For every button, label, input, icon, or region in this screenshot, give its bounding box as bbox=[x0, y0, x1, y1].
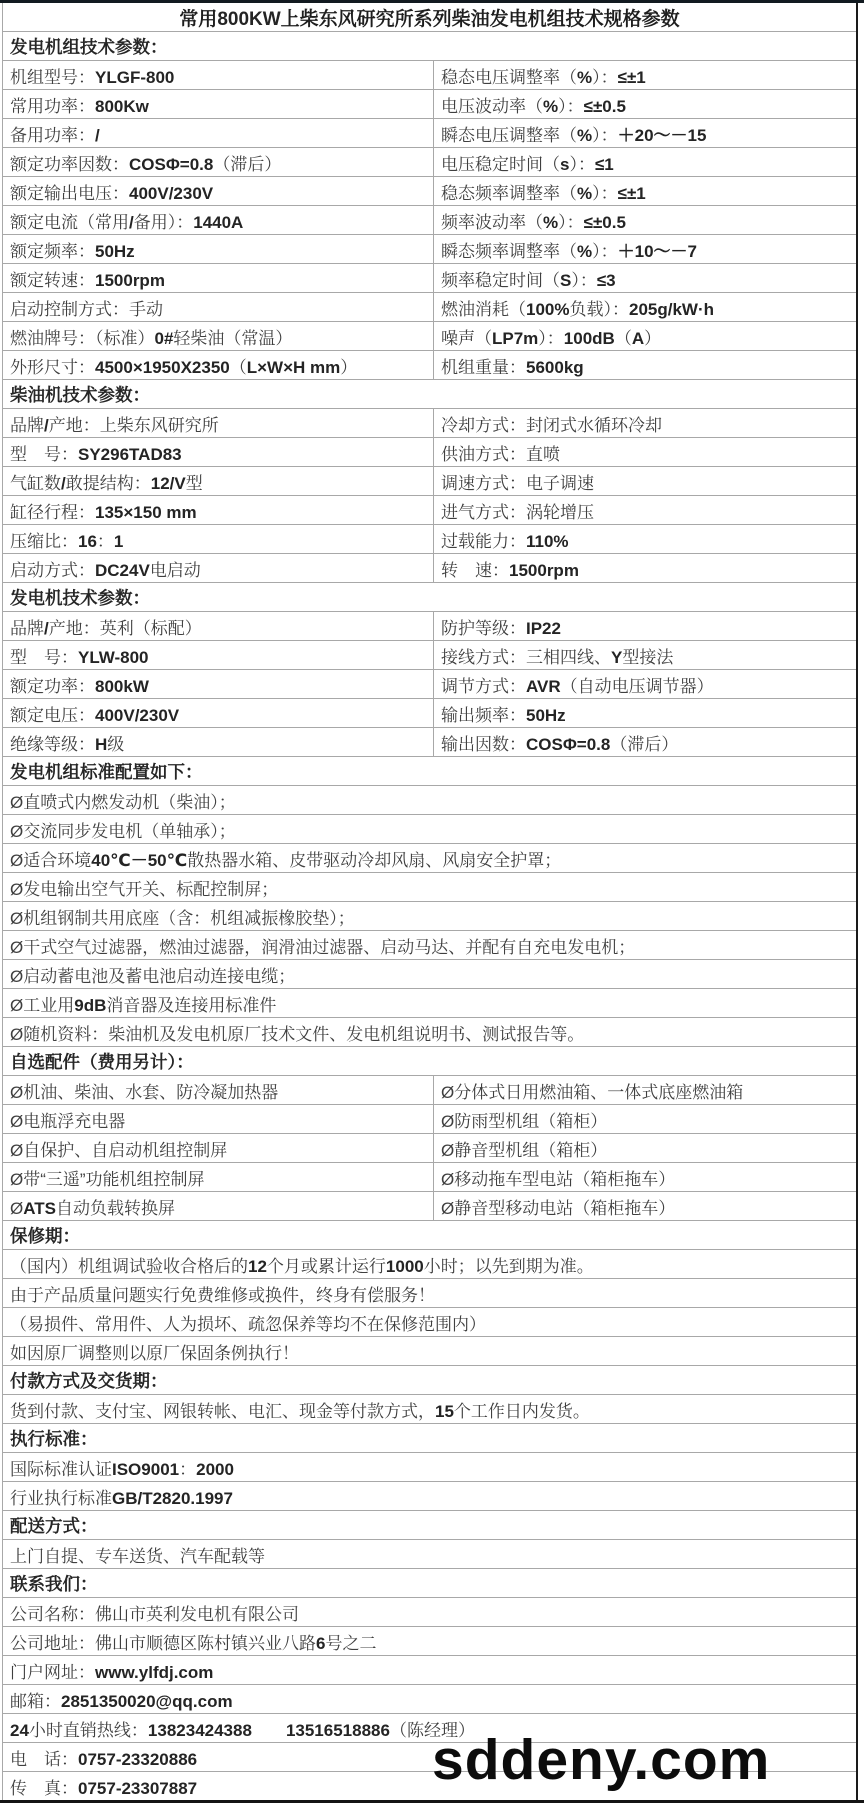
spec-cell-right: 燃油消耗（100%负载）：205g/kW·h bbox=[434, 293, 856, 321]
spec-cell-left: 常用功率：800Kw bbox=[3, 90, 434, 118]
spec-row: 型 号：YLW-800接线方式：三相四线、Y型接法 bbox=[3, 641, 856, 670]
spec-cell-right: 接线方式：三相四线、Y型接法 bbox=[434, 641, 856, 669]
text-cell: Ø适合环境40℃－50℃散热器水箱、皮带驱动冷却风扇、风扇安全护罩； bbox=[3, 844, 856, 872]
text-row: Ø随机资料：柴油机及发电机原厂技术文件、发电机组说明书、测试报告等。 bbox=[3, 1018, 856, 1047]
text-row: Ø启动蓄电池及蓄电池启动连接电缆； bbox=[3, 960, 856, 989]
text-row: 公司地址：佛山市顺德区陈村镇兴业八路6号之二 bbox=[3, 1627, 856, 1656]
spec-row: 额定电压：400V/230V输出频率：50Hz bbox=[3, 699, 856, 728]
spec-row: 常用功率：800Kw电压波动率（%）：≤±0.5 bbox=[3, 90, 856, 119]
text-cell: 电 话：0757-23320886 bbox=[3, 1743, 856, 1771]
spec-row: 燃油牌号：（标准）0#轻柴油（常温）噪声（LP7m）：100dB（A） bbox=[3, 322, 856, 351]
spec-cell-left: 压缩比：16：1 bbox=[3, 525, 434, 553]
spec-cell-left: Ø机油、柴油、水套、防冷凝加热器 bbox=[3, 1076, 434, 1104]
spec-cell-right: 稳态电压调整率（%）：≤±1 bbox=[434, 61, 856, 89]
spec-row: 气缸数/敢提结构：12/V型调速方式：电子调速 bbox=[3, 467, 856, 496]
spec-row: 品牌/产地：上柴东风研究所冷却方式：封闭式水循环冷却 bbox=[3, 409, 856, 438]
text-cell: 货到付款、支付宝、网银转帐、电汇、现金等付款方式，15个工作日内发货。 bbox=[3, 1395, 856, 1423]
spec-cell-right: 冷却方式：封闭式水循环冷却 bbox=[434, 409, 856, 437]
spec-cell-left: 启动方式：DC24V电启动 bbox=[3, 554, 434, 582]
spec-cell-left: 额定转速：1500rpm bbox=[3, 264, 434, 292]
text-row: 上门自提、专车送货、汽车配载等 bbox=[3, 1540, 856, 1569]
spec-cell-right: 转 速：1500rpm bbox=[434, 554, 856, 582]
text-cell: 传 真：0757-23307887 bbox=[3, 1772, 856, 1800]
section-header: 执行标准： bbox=[3, 1424, 856, 1452]
section-header-row: 配送方式： bbox=[3, 1511, 856, 1540]
spec-cell-left: 额定功率：800kW bbox=[3, 670, 434, 698]
text-row: Ø交流同步发电机（单轴承）； bbox=[3, 815, 856, 844]
spec-cell-right: 过载能力：110% bbox=[434, 525, 856, 553]
text-cell: 如因原厂调整则以原厂保固条例执行！ bbox=[3, 1337, 856, 1365]
spec-cell-left: 型 号：YLW-800 bbox=[3, 641, 434, 669]
section-header-row: 联系我们： bbox=[3, 1569, 856, 1598]
text-row: 货到付款、支付宝、网银转帐、电汇、现金等付款方式，15个工作日内发货。 bbox=[3, 1395, 856, 1424]
text-row: （易损件、常用件、人为损坏、疏忽保养等均不在保修范围内） bbox=[3, 1308, 856, 1337]
text-cell: Ø工业用9dB消音器及连接用标准件 bbox=[3, 989, 856, 1017]
spec-cell-left: Ø电瓶浮充电器 bbox=[3, 1105, 434, 1133]
spec-cell-right: 防护等级：IP22 bbox=[434, 612, 856, 640]
text-cell: 上门自提、专车送货、汽车配载等 bbox=[3, 1540, 856, 1568]
text-cell: Ø交流同步发电机（单轴承）； bbox=[3, 815, 856, 843]
spec-cell-right: 频率波动率（%）：≤±0.5 bbox=[434, 206, 856, 234]
text-cell: Ø启动蓄电池及蓄电池启动连接电缆； bbox=[3, 960, 856, 988]
spec-row: 额定输出电压：400V/230V稳态频率调整率（%）：≤±1 bbox=[3, 177, 856, 206]
spec-row: 缸径行程：135×150 mm进气方式：涡轮增压 bbox=[3, 496, 856, 525]
section-header: 发电机组标准配置如下： bbox=[3, 757, 856, 785]
text-row: Ø直喷式内燃发动机（柴油）； bbox=[3, 786, 856, 815]
section-header-row: 付款方式及交货期： bbox=[3, 1366, 856, 1395]
spec-cell-left: 额定功率因数：COSΦ=0.8（滞后） bbox=[3, 148, 434, 176]
spec-row: Ø电瓶浮充电器Ø防雨型机组（箱柜） bbox=[3, 1105, 856, 1134]
spec-row: ØATS自动负载转换屏Ø静音型移动电站（箱柜拖车） bbox=[3, 1192, 856, 1221]
spec-cell-left: 启动控制方式：手动 bbox=[3, 293, 434, 321]
spec-cell-right: 供油方式：直喷 bbox=[434, 438, 856, 466]
spec-cell-right: 机组重量：5600kg bbox=[434, 351, 856, 379]
text-row: Ø发电输出空气开关、标配控制屏； bbox=[3, 873, 856, 902]
spec-row: 额定转速：1500rpm频率稳定时间（S）：≤3 bbox=[3, 264, 856, 293]
text-cell: 国际标准认证ISO9001：2000 bbox=[3, 1453, 856, 1481]
text-row: Ø适合环境40℃－50℃散热器水箱、皮带驱动冷却风扇、风扇安全护罩； bbox=[3, 844, 856, 873]
spec-row: 额定功率：800kW调节方式：AVR（自动电压调节器） bbox=[3, 670, 856, 699]
text-cell: 邮箱：2851350020@qq.com bbox=[3, 1685, 856, 1713]
title-row: 常用800KW上柴东风研究所系列柴油发电机组技术规格参数 bbox=[3, 3, 856, 32]
spec-cell-right: 瞬态电压调整率（%）：＋20～－15 bbox=[434, 119, 856, 147]
spec-row: Ø机油、柴油、水套、防冷凝加热器Ø分体式日用燃油箱、一体式底座燃油箱 bbox=[3, 1076, 856, 1105]
section-header: 发电机组技术参数： bbox=[3, 32, 856, 60]
spec-cell-right: 瞬态频率调整率（%）：＋10～－7 bbox=[434, 235, 856, 263]
page-title: 常用800KW上柴东风研究所系列柴油发电机组技术规格参数 bbox=[3, 3, 856, 31]
spec-table: 常用800KW上柴东风研究所系列柴油发电机组技术规格参数发电机组技术参数：机组型… bbox=[2, 3, 858, 1800]
section-header-row: 柴油机技术参数： bbox=[3, 380, 856, 409]
text-row: 24小时直销热线：13823424388 13516518886（陈经理） bbox=[3, 1714, 856, 1743]
text-cell: 门户网址：www.ylfdj.com bbox=[3, 1656, 856, 1684]
spec-cell-right: 输出频率：50Hz bbox=[434, 699, 856, 727]
section-header: 自选配件（费用另计）： bbox=[3, 1047, 856, 1075]
text-cell: 公司名称：佛山市英利发电机有限公司 bbox=[3, 1598, 856, 1626]
spec-row: 启动方式：DC24V电启动转 速：1500rpm bbox=[3, 554, 856, 583]
spec-cell-right: 调速方式：电子调速 bbox=[434, 467, 856, 495]
spec-cell-right: 电压波动率（%）：≤±0.5 bbox=[434, 90, 856, 118]
spec-cell-left: 机组型号：YLGF-800 bbox=[3, 61, 434, 89]
text-row: （国内）机组调试验收合格后的12个月或累计运行1000小时；以先到期为准。 bbox=[3, 1250, 856, 1279]
spec-cell-left: 品牌/产地：上柴东风研究所 bbox=[3, 409, 434, 437]
section-header: 联系我们： bbox=[3, 1569, 856, 1597]
spec-row: Ø自保护、自启动机组控制屏Ø静音型机组（箱柜） bbox=[3, 1134, 856, 1163]
spec-row: 备用功率：/瞬态电压调整率（%）：＋20～－15 bbox=[3, 119, 856, 148]
text-row: Ø工业用9dB消音器及连接用标准件 bbox=[3, 989, 856, 1018]
section-header-row: 发电机技术参数： bbox=[3, 583, 856, 612]
text-cell: Ø随机资料：柴油机及发电机原厂技术文件、发电机组说明书、测试报告等。 bbox=[3, 1018, 856, 1046]
spec-cell-right: Ø防雨型机组（箱柜） bbox=[434, 1105, 856, 1133]
text-cell: 由于产品质量问题实行免费维修或换件，终身有偿服务！ bbox=[3, 1279, 856, 1307]
text-row: 如因原厂调整则以原厂保固条例执行！ bbox=[3, 1337, 856, 1366]
spec-cell-left: 外形尺寸：4500×1950X2350（L×W×H mm） bbox=[3, 351, 434, 379]
spec-cell-right: Ø静音型移动电站（箱柜拖车） bbox=[434, 1192, 856, 1220]
text-cell: 公司地址：佛山市顺德区陈村镇兴业八路6号之二 bbox=[3, 1627, 856, 1655]
text-cell: Ø机组钢制共用底座（含：机组减振橡胶垫）； bbox=[3, 902, 856, 930]
spec-cell-left: ØATS自动负载转换屏 bbox=[3, 1192, 434, 1220]
text-row: 由于产品质量问题实行免费维修或换件，终身有偿服务！ bbox=[3, 1279, 856, 1308]
spec-cell-left: 额定输出电压：400V/230V bbox=[3, 177, 434, 205]
text-row: Ø干式空气过滤器，燃油过滤器，润滑油过滤器、启动马达、并配有自充电发电机； bbox=[3, 931, 856, 960]
spec-cell-right: Ø静音型机组（箱柜） bbox=[434, 1134, 856, 1162]
spec-row: 型 号：SY296TAD83供油方式：直喷 bbox=[3, 438, 856, 467]
spec-row: Ø带“三遥”功能机组控制屏Ø移动拖车型电站（箱柜拖车） bbox=[3, 1163, 856, 1192]
text-row: 公司名称：佛山市英利发电机有限公司 bbox=[3, 1598, 856, 1627]
spec-row: 品牌/产地：英利（标配）防护等级：IP22 bbox=[3, 612, 856, 641]
spec-cell-right: 输出因数：COSΦ=0.8（滞后） bbox=[434, 728, 856, 756]
text-row: 行业执行标准GB/T2820.1997 bbox=[3, 1482, 856, 1511]
spec-cell-left: 缸径行程：135×150 mm bbox=[3, 496, 434, 524]
spec-cell-left: 额定电压：400V/230V bbox=[3, 699, 434, 727]
spec-cell-right: 电压稳定时间（s）：≤1 bbox=[434, 148, 856, 176]
section-header-row: 保修期： bbox=[3, 1221, 856, 1250]
text-row: Ø机组钢制共用底座（含：机组减振橡胶垫）； bbox=[3, 902, 856, 931]
spec-cell-right: Ø移动拖车型电站（箱柜拖车） bbox=[434, 1163, 856, 1191]
text-cell: Ø干式空气过滤器，燃油过滤器，润滑油过滤器、启动马达、并配有自充电发电机； bbox=[3, 931, 856, 959]
spec-cell-right: 噪声（LP7m）：100dB（A） bbox=[434, 322, 856, 350]
spec-row: 启动控制方式：手动燃油消耗（100%负载）：205g/kW·h bbox=[3, 293, 856, 322]
spec-cell-right: 调节方式：AVR（自动电压调节器） bbox=[434, 670, 856, 698]
spec-cell-right: Ø分体式日用燃油箱、一体式底座燃油箱 bbox=[434, 1076, 856, 1104]
spec-cell-right: 频率稳定时间（S）：≤3 bbox=[434, 264, 856, 292]
section-header-row: 自选配件（费用另计）： bbox=[3, 1047, 856, 1076]
text-cell: Ø发电输出空气开关、标配控制屏； bbox=[3, 873, 856, 901]
spec-cell-right: 稳态频率调整率（%）：≤±1 bbox=[434, 177, 856, 205]
spec-cell-right: 进气方式：涡轮增压 bbox=[434, 496, 856, 524]
spec-cell-left: 备用功率：/ bbox=[3, 119, 434, 147]
section-header-row: 发电机组技术参数： bbox=[3, 32, 856, 61]
spec-row: 额定功率因数：COSΦ=0.8（滞后）电压稳定时间（s）：≤1 bbox=[3, 148, 856, 177]
spec-row: 额定电流（常用/备用）：1440A频率波动率（%）：≤±0.5 bbox=[3, 206, 856, 235]
spec-cell-left: 绝缘等级：H级 bbox=[3, 728, 434, 756]
section-header-row: 发电机组标准配置如下： bbox=[3, 757, 856, 786]
spec-row: 外形尺寸：4500×1950X2350（L×W×H mm）机组重量：5600kg bbox=[3, 351, 856, 380]
spec-cell-left: 燃油牌号：（标准）0#轻柴油（常温） bbox=[3, 322, 434, 350]
section-header: 付款方式及交货期： bbox=[3, 1366, 856, 1394]
spec-cell-left: Ø带“三遥”功能机组控制屏 bbox=[3, 1163, 434, 1191]
spec-cell-left: 型 号：SY296TAD83 bbox=[3, 438, 434, 466]
spec-cell-left: Ø自保护、自启动机组控制屏 bbox=[3, 1134, 434, 1162]
section-header-row: 执行标准： bbox=[3, 1424, 856, 1453]
spec-row: 机组型号：YLGF-800稳态电压调整率（%）：≤±1 bbox=[3, 61, 856, 90]
section-header: 保修期： bbox=[3, 1221, 856, 1249]
spec-cell-left: 额定频率：50Hz bbox=[3, 235, 434, 263]
spec-row: 额定频率：50Hz瞬态频率调整率（%）：＋10～－7 bbox=[3, 235, 856, 264]
text-row: 电 话：0757-23320886 bbox=[3, 1743, 856, 1772]
text-row: 门户网址：www.ylfdj.com bbox=[3, 1656, 856, 1685]
spec-row: 压缩比：16：1过载能力：110% bbox=[3, 525, 856, 554]
text-row: 传 真：0757-23307887 bbox=[3, 1772, 856, 1800]
section-header: 配送方式： bbox=[3, 1511, 856, 1539]
text-row: 邮箱：2851350020@qq.com bbox=[3, 1685, 856, 1714]
spec-cell-left: 气缸数/敢提结构：12/V型 bbox=[3, 467, 434, 495]
spec-row: 绝缘等级：H级输出因数：COSΦ=0.8（滞后） bbox=[3, 728, 856, 757]
text-cell: 行业执行标准GB/T2820.1997 bbox=[3, 1482, 856, 1510]
section-header: 柴油机技术参数： bbox=[3, 380, 856, 408]
section-header: 发电机技术参数： bbox=[3, 583, 856, 611]
text-cell: 24小时直销热线：13823424388 13516518886（陈经理） bbox=[3, 1714, 856, 1742]
text-cell: Ø直喷式内燃发动机（柴油）； bbox=[3, 786, 856, 814]
text-row: 国际标准认证ISO9001：2000 bbox=[3, 1453, 856, 1482]
spec-sheet: 常用800KW上柴东风研究所系列柴油发电机组技术规格参数发电机组技术参数：机组型… bbox=[0, 0, 864, 1803]
spec-cell-left: 额定电流（常用/备用）：1440A bbox=[3, 206, 434, 234]
text-cell: （国内）机组调试验收合格后的12个月或累计运行1000小时；以先到期为准。 bbox=[3, 1250, 856, 1278]
spec-cell-left: 品牌/产地：英利（标配） bbox=[3, 612, 434, 640]
text-cell: （易损件、常用件、人为损坏、疏忽保养等均不在保修范围内） bbox=[3, 1308, 856, 1336]
